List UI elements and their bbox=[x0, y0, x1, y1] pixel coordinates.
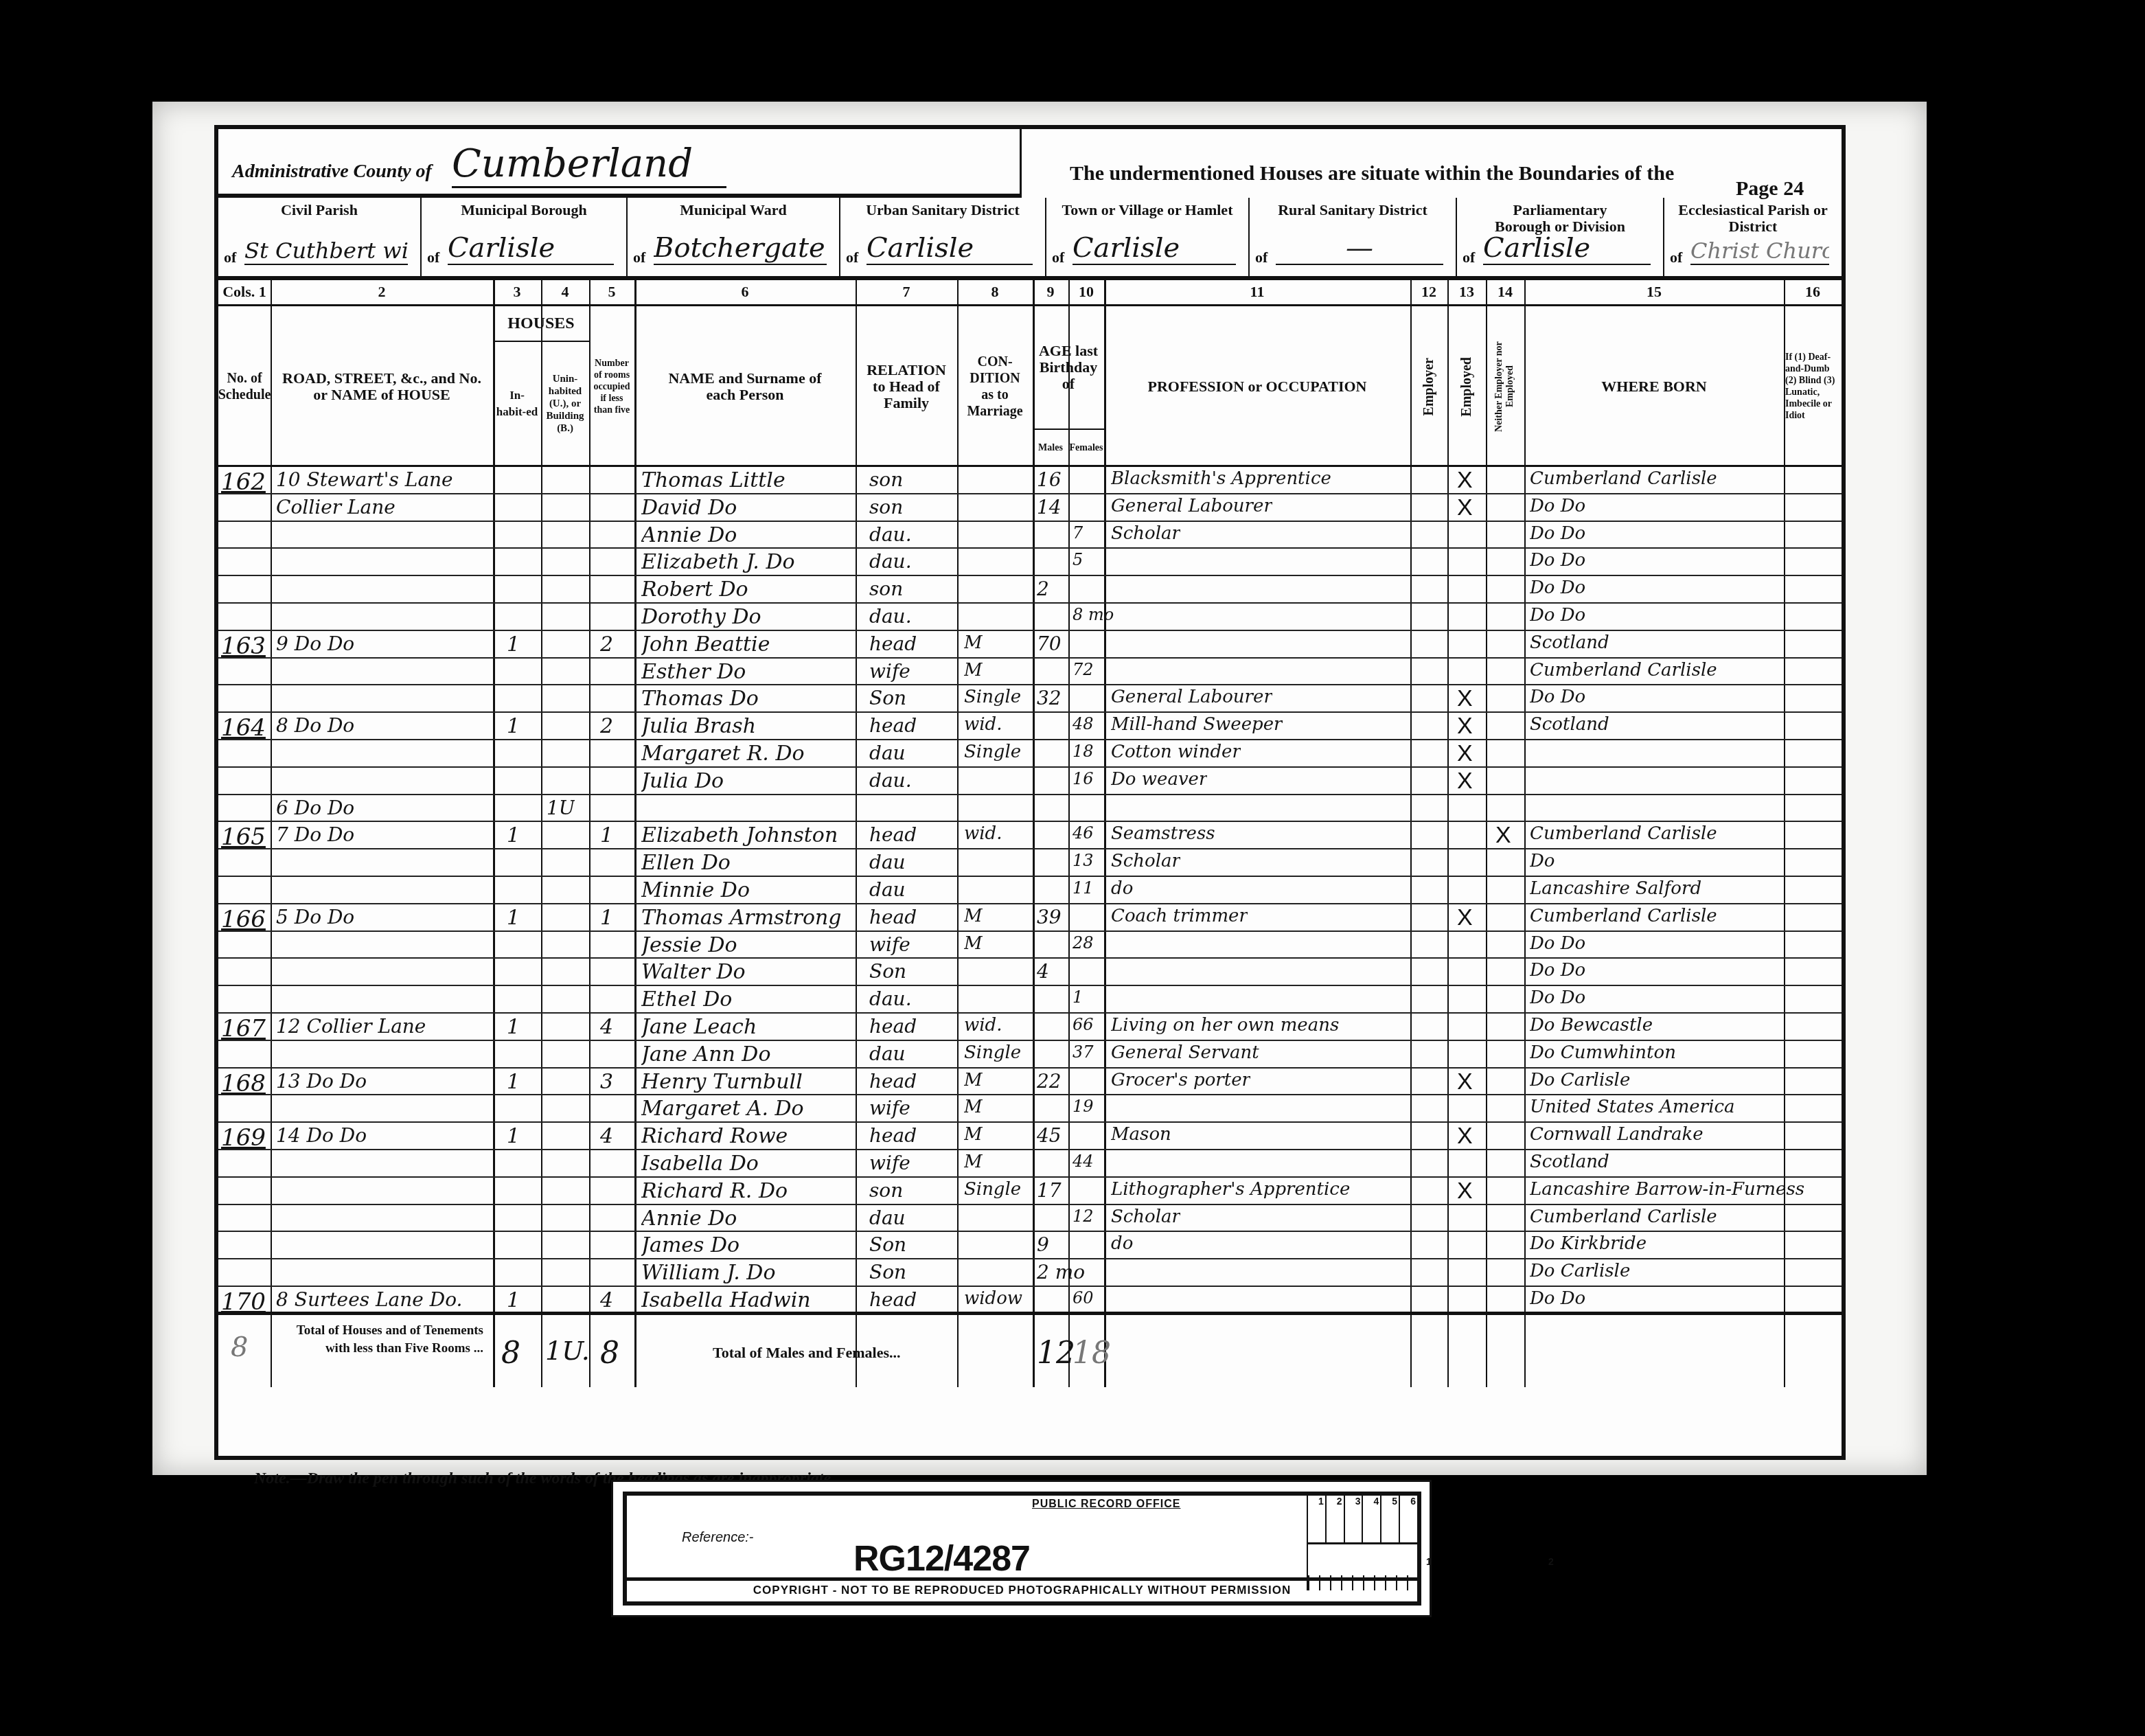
employed-mark: X bbox=[1457, 768, 1473, 795]
person-name: David Do bbox=[641, 496, 737, 520]
header-schedule: No. of Schedule bbox=[218, 306, 271, 467]
birthplace: Do Do bbox=[1530, 523, 1585, 544]
employed-mark: X bbox=[1457, 740, 1473, 767]
table-row: Dorothy Dodau.8 moDo Do bbox=[218, 604, 1842, 631]
birthplace: Do Bewcastle bbox=[1530, 1015, 1653, 1036]
relation: Son bbox=[869, 687, 906, 709]
person-name: Elizabeth J. Do bbox=[641, 550, 795, 574]
reference-number: RG12/4287 bbox=[853, 1538, 1030, 1579]
occupation: Lithographer's Apprentice bbox=[1111, 1179, 1350, 1200]
scale-ruler: 1 2 3 4 5 6 1 2 bbox=[1307, 1496, 1417, 1590]
relation: head bbox=[869, 1288, 917, 1311]
condition: M bbox=[964, 1152, 983, 1172]
employed-mark: X bbox=[1457, 685, 1473, 712]
area-civil-parish: Civil Parish of St Cuthbert without bbox=[218, 198, 422, 276]
condition: M bbox=[964, 632, 983, 653]
ruler-top-scale: 1 2 3 4 5 6 bbox=[1308, 1496, 1417, 1544]
col-number: 16 bbox=[1784, 283, 1842, 301]
age-female: 11 bbox=[1072, 878, 1094, 898]
occupation: Mill-hand Sweeper bbox=[1111, 714, 1283, 735]
ruler-tick-label: 4 bbox=[1363, 1496, 1381, 1542]
schedule-number: 166 bbox=[221, 906, 266, 933]
relation: dau. bbox=[869, 550, 912, 573]
area-value: Botchergate bbox=[654, 232, 827, 265]
table-row: Thomas DoSonSingle32General LabourerXDo … bbox=[218, 685, 1842, 713]
occupation: General Labourer bbox=[1111, 687, 1272, 707]
ruler-tick-label: 1 bbox=[1308, 1496, 1327, 1542]
person-name: Jessie Do bbox=[641, 933, 737, 957]
inhabited-count: 1 bbox=[507, 714, 520, 738]
col-number: 2 bbox=[271, 283, 493, 301]
occupation: General Labourer bbox=[1111, 496, 1272, 516]
rooms-count: 2 bbox=[600, 632, 613, 656]
birthplace: Lancashire Barrow-in-Furness bbox=[1530, 1179, 1804, 1200]
table-row: 16712 Collier Lane14Jane Leachheadwid.66… bbox=[218, 1014, 1842, 1041]
total-females: 18 bbox=[1072, 1336, 1111, 1371]
houses-total-label: Total of Houses and of Tenements with le… bbox=[284, 1322, 483, 1358]
birthplace: Cumberland Carlisle bbox=[1530, 468, 1717, 489]
rooms-count: 3 bbox=[600, 1070, 613, 1094]
birthplace: Scotland bbox=[1530, 632, 1609, 653]
rooms-count: 2 bbox=[600, 714, 613, 738]
header-employed: Employed bbox=[1447, 306, 1486, 467]
col-number: 3 bbox=[493, 283, 541, 301]
birthplace: Do Cumwhinton bbox=[1530, 1042, 1676, 1063]
table-row: 16813 Do Do13Henry TurnbullheadM22Grocer… bbox=[218, 1069, 1842, 1096]
condition: M bbox=[964, 1124, 983, 1145]
birthplace: Do bbox=[1530, 851, 1555, 871]
header-road: ROAD, STREET, &c., and No. or NAME of HO… bbox=[271, 306, 493, 467]
total-inhabited: 8 bbox=[501, 1336, 520, 1371]
header-where-born: WHERE BORN bbox=[1524, 306, 1784, 467]
area-rural-sanitary-district: Rural Sanitary District of — bbox=[1250, 198, 1457, 276]
relation: wife bbox=[869, 660, 910, 683]
occupation: Cotton winder bbox=[1111, 742, 1241, 762]
age-female: 7 bbox=[1072, 523, 1083, 542]
area-value: St Cuthbert without bbox=[244, 238, 408, 265]
area-value: Carlisle bbox=[867, 232, 1033, 265]
area-town-village-hamlet: Town or Village or Hamlet of Carlisle bbox=[1046, 198, 1250, 276]
relation: head bbox=[869, 906, 917, 928]
table-row: Annie Dodau.7ScholarDo Do bbox=[218, 522, 1842, 549]
col-number: 5 bbox=[589, 283, 634, 301]
table-row: 6 Do Do1U bbox=[218, 795, 1842, 823]
condition: Single bbox=[964, 1179, 1021, 1200]
relation: Son bbox=[869, 960, 906, 983]
total-rooms: 8 bbox=[600, 1336, 619, 1371]
reference-slip: PUBLIC RECORD OFFICE Reference:- RG12/42… bbox=[611, 1480, 1432, 1617]
birthplace: Do Do bbox=[1530, 987, 1585, 1008]
person-name: Henry Turnbull bbox=[641, 1070, 803, 1094]
uninhabited-mark: 1U bbox=[547, 797, 575, 819]
birthplace: Do Do bbox=[1530, 933, 1585, 954]
header-employed-text: Employed bbox=[1458, 357, 1475, 417]
birthplace: Do Carlisle bbox=[1530, 1070, 1630, 1090]
relation: son bbox=[869, 496, 903, 518]
person-name: Thomas Do bbox=[641, 687, 759, 711]
header-neither: Neither Employer nor Employed bbox=[1486, 306, 1524, 467]
age-female: 16 bbox=[1072, 769, 1094, 788]
person-name: Richard R. Do bbox=[641, 1179, 788, 1203]
age-female: 28 bbox=[1072, 933, 1094, 952]
birthplace: Cumberland Carlisle bbox=[1530, 906, 1717, 926]
condition: Single bbox=[964, 1042, 1021, 1063]
relation: dau. bbox=[869, 523, 912, 546]
area-label: Ecclesiastical Parish or District bbox=[1664, 202, 1842, 235]
person-name: William J. Do bbox=[641, 1261, 775, 1285]
relation: head bbox=[869, 1070, 917, 1093]
col-number: 12 bbox=[1410, 283, 1447, 301]
header-uninhabited: Unin-habited (U.), or Building (B.) bbox=[541, 341, 589, 467]
relation: head bbox=[869, 714, 917, 737]
totals-row: 8 Total of Houses and of Tenements with … bbox=[218, 1312, 1842, 1391]
birthplace: Do Do bbox=[1530, 578, 1585, 598]
inhabited-count: 1 bbox=[507, 1070, 520, 1094]
age-male: 17 bbox=[1037, 1179, 1062, 1202]
inhabited-count: 1 bbox=[507, 823, 520, 847]
birthplace: Lancashire Salford bbox=[1530, 878, 1701, 899]
col-number: 6 bbox=[634, 283, 856, 301]
col-number: 4 bbox=[541, 283, 589, 301]
inhabited-count: 1 bbox=[507, 632, 520, 656]
person-name: Isabella Hadwin bbox=[641, 1288, 811, 1312]
header-condition: CON-DITION as to Marriage bbox=[957, 306, 1033, 467]
birthplace: Do Do bbox=[1530, 550, 1585, 571]
relation: wife bbox=[869, 1097, 910, 1119]
address: 13 Do Do bbox=[276, 1070, 367, 1093]
header-females: Females bbox=[1068, 430, 1104, 467]
col-number: 7 bbox=[856, 283, 957, 301]
public-record-office-label: PUBLIC RECORD OFFICE bbox=[1032, 1498, 1180, 1511]
col-number: 14 bbox=[1486, 283, 1524, 301]
relation: son bbox=[869, 1179, 903, 1202]
header-occupation: PROFESSION or OCCUPATION bbox=[1104, 306, 1410, 467]
occupation: Coach trimmer bbox=[1111, 906, 1248, 926]
age-male: 32 bbox=[1037, 687, 1062, 709]
condition: M bbox=[964, 660, 983, 681]
margin-house-count: 8 bbox=[231, 1332, 248, 1363]
condition: M bbox=[964, 906, 983, 926]
table-row: Walter DoSon4Do Do bbox=[218, 959, 1842, 986]
employed-mark: X bbox=[1457, 904, 1473, 931]
area-label: Civil Parish bbox=[218, 202, 420, 218]
header-males: Males bbox=[1033, 430, 1068, 467]
address: 14 Do Do bbox=[276, 1124, 367, 1147]
table-row: Jessie DowifeM28Do Do bbox=[218, 932, 1842, 959]
age-female: 44 bbox=[1072, 1152, 1094, 1171]
person-name: Jane Leach bbox=[641, 1015, 757, 1039]
area-label: Parliamentary Borough or Division bbox=[1457, 202, 1663, 235]
age-female: 18 bbox=[1072, 742, 1094, 761]
person-name: Walter Do bbox=[641, 960, 746, 984]
age-male: 2 bbox=[1037, 578, 1049, 600]
age-female: 37 bbox=[1072, 1042, 1094, 1062]
neither-mark: X bbox=[1495, 822, 1511, 849]
header-rooms: Number of rooms occupied if less than fi… bbox=[589, 306, 634, 467]
col-number: 13 bbox=[1447, 283, 1486, 301]
table-row: Elizabeth J. Dodau.5Do Do bbox=[218, 549, 1842, 576]
relation: dau bbox=[869, 742, 906, 764]
occupation: General Servant bbox=[1111, 1042, 1259, 1063]
area-ecclesiastical-parish: Ecclesiastical Parish or District of Chr… bbox=[1664, 198, 1842, 276]
header-inhabited: In-habit-ed bbox=[493, 341, 541, 467]
header-employer: Employer bbox=[1410, 306, 1447, 467]
birthplace: Do Do bbox=[1530, 1288, 1585, 1309]
person-name: Margaret R. Do bbox=[641, 742, 805, 766]
person-name: Julia Do bbox=[641, 769, 724, 793]
condition: wid. bbox=[964, 714, 1002, 735]
col-number: 10 bbox=[1068, 283, 1104, 301]
inhabited-count: 1 bbox=[507, 1124, 520, 1148]
age-female: 46 bbox=[1072, 823, 1094, 843]
area-municipal-borough: Municipal Borough of Carlisle bbox=[422, 198, 628, 276]
birthplace: United States America bbox=[1530, 1097, 1735, 1117]
schedule-number: 169 bbox=[221, 1124, 266, 1152]
copyright-notice: COPYRIGHT - NOT TO BE REPRODUCED PHOTOGR… bbox=[627, 1577, 1417, 1601]
birthplace: Scotland bbox=[1530, 1152, 1609, 1172]
area-value: — bbox=[1276, 232, 1443, 265]
age-male: 16 bbox=[1037, 468, 1062, 491]
header-name: NAME and Surname of each Person bbox=[634, 306, 856, 467]
ruler-tick-label: 2 bbox=[1548, 1556, 1554, 1567]
ruler-tick-label: 1 bbox=[1426, 1556, 1432, 1567]
birthplace: Do Do bbox=[1530, 496, 1585, 516]
birthplace: Cumberland Carlisle bbox=[1530, 823, 1717, 844]
birthplace: Do Do bbox=[1530, 687, 1585, 707]
occupation: Grocer's porter bbox=[1111, 1070, 1250, 1090]
inhabited-count: 1 bbox=[507, 1288, 520, 1312]
relation: son bbox=[869, 468, 903, 491]
condition: widow bbox=[964, 1288, 1022, 1309]
occupation: Scholar bbox=[1111, 523, 1180, 544]
header-infirmity: If (1) Deaf-and-Dumb (2) Blind (3) Lunat… bbox=[1784, 306, 1842, 467]
col-number: 8 bbox=[957, 283, 1033, 301]
age-male: 22 bbox=[1037, 1070, 1062, 1093]
person-name: Dorothy Do bbox=[641, 605, 761, 629]
relation: son bbox=[869, 578, 903, 600]
table-row: Julia Dodau.16Do weaverX bbox=[218, 768, 1842, 795]
persons-total-label: Total of Males and Females... bbox=[713, 1344, 901, 1362]
area-value: Carlisle bbox=[1483, 232, 1651, 265]
rooms-count: 4 bbox=[600, 1288, 613, 1312]
census-form: Administrative County of Cumberland The … bbox=[214, 125, 1846, 1460]
table-row: Ethel Dodau.1Do Do bbox=[218, 986, 1842, 1014]
table-row: 1708 Surtees Lane Do.14Isabella Hadwinhe… bbox=[218, 1287, 1842, 1314]
age-male: 9 bbox=[1037, 1233, 1049, 1256]
age-female: 72 bbox=[1072, 660, 1094, 679]
relation: Son bbox=[869, 1261, 906, 1283]
area-label: Urban Sanitary District bbox=[840, 202, 1045, 218]
table-row: William J. DoSon2 moDo Carlisle bbox=[218, 1259, 1842, 1287]
area-value: Christ Church bbox=[1690, 238, 1829, 265]
column-headers-row: No. of Schedule ROAD, STREET, &c., and N… bbox=[218, 306, 1842, 467]
person-name: Ethel Do bbox=[641, 987, 732, 1012]
employed-mark: X bbox=[1457, 467, 1473, 494]
address: 10 Stewart's Lane bbox=[276, 468, 453, 491]
relation: dau. bbox=[869, 987, 912, 1010]
condition: M bbox=[964, 1070, 983, 1090]
relation: wife bbox=[869, 933, 910, 956]
page-number: Page 24 bbox=[1736, 177, 1804, 201]
age-male: 4 bbox=[1037, 960, 1049, 983]
area-of: of bbox=[224, 249, 236, 266]
person-name: Minnie Do bbox=[641, 878, 750, 902]
relation: dau bbox=[869, 878, 906, 901]
admin-county-box: Administrative County of Cumberland bbox=[218, 129, 1022, 198]
condition: wid. bbox=[964, 823, 1002, 844]
address: 12 Collier Lane bbox=[276, 1015, 426, 1038]
birthplace: Do Carlisle bbox=[1530, 1261, 1630, 1281]
person-name: Julia Brash bbox=[641, 714, 756, 738]
occupation: Do weaver bbox=[1111, 769, 1207, 790]
occupation: Seamstress bbox=[1111, 823, 1215, 844]
area-urban-sanitary-district: Urban Sanitary District of Carlisle bbox=[840, 198, 1046, 276]
table-row: Richard R. DosonSingle17Lithographer's A… bbox=[218, 1178, 1842, 1205]
relation: dau. bbox=[869, 605, 912, 628]
inhabited-count: 1 bbox=[507, 906, 520, 930]
area-of: of bbox=[1052, 249, 1064, 266]
person-name: Esther Do bbox=[641, 660, 746, 684]
table-row: Jane Ann DodauSingle37General ServantDo … bbox=[218, 1041, 1842, 1069]
area-value: Carlisle bbox=[448, 232, 614, 265]
rooms-count: 4 bbox=[600, 1015, 613, 1039]
header-relation: RELATION to Head of Family bbox=[856, 306, 957, 467]
table-row: Robert Doson2Do Do bbox=[218, 576, 1842, 604]
table-row: 16914 Do Do14Richard RoweheadM45MasonXCo… bbox=[218, 1123, 1842, 1150]
col-number: 15 bbox=[1524, 283, 1784, 301]
occupation: Scholar bbox=[1111, 851, 1180, 871]
birthplace: Do Kirkbride bbox=[1530, 1233, 1647, 1254]
table-row: 16210 Stewart's LaneThomas Littleson16Bl… bbox=[218, 467, 1842, 494]
area-of: of bbox=[1670, 249, 1682, 266]
table-row: James DoSon9doDo Kirkbride bbox=[218, 1232, 1842, 1259]
age-female: 48 bbox=[1072, 714, 1094, 733]
age-female: 8 mo bbox=[1072, 605, 1114, 624]
birthplace: Cornwall Landrake bbox=[1530, 1124, 1704, 1145]
occupation: Blacksmith's Apprentice bbox=[1111, 468, 1331, 489]
relation: dau bbox=[869, 851, 906, 873]
area-label: Municipal Ward bbox=[628, 202, 839, 218]
address: 5 Do Do bbox=[276, 906, 354, 928]
schedule-number: 163 bbox=[221, 632, 266, 660]
area-of: of bbox=[633, 249, 645, 266]
age-female: 12 bbox=[1072, 1207, 1094, 1226]
admin-county-label: Administrative County of bbox=[232, 161, 432, 183]
relation: dau bbox=[869, 1042, 906, 1065]
relation: dau. bbox=[869, 769, 912, 792]
admin-county-value: Cumberland bbox=[452, 141, 726, 188]
reference-label: Reference:- bbox=[682, 1530, 754, 1546]
person-name: Richard Rowe bbox=[641, 1124, 788, 1148]
occupation: do bbox=[1111, 1233, 1133, 1254]
area-municipal-ward: Municipal Ward of Botchergate bbox=[628, 198, 840, 276]
rooms-count: 1 bbox=[600, 823, 613, 847]
age-male: 70 bbox=[1037, 632, 1062, 655]
total-males: 12 bbox=[1037, 1336, 1075, 1371]
boundaries-heading: The undermentioned Houses are situate wi… bbox=[1070, 162, 1674, 185]
person-name: James Do bbox=[641, 1233, 739, 1257]
column-numbers-row: Cols. 1 2 3 4 5 6 7 8 9 10 11 12 13 14 1… bbox=[218, 280, 1842, 306]
table-row: Isabella DowifeM44Scotland bbox=[218, 1150, 1842, 1178]
table-row: Ellen Dodau13ScholarDo bbox=[218, 849, 1842, 877]
table-row: Minnie Dodau11doLancashire Salford bbox=[218, 877, 1842, 904]
person-name: Isabella Do bbox=[641, 1152, 759, 1176]
occupation: Scholar bbox=[1111, 1207, 1180, 1227]
person-name: Elizabeth Johnston bbox=[641, 823, 838, 847]
birthplace: Do Do bbox=[1530, 605, 1585, 626]
area-label: Municipal Borough bbox=[422, 202, 626, 218]
area-label: Rural Sanitary District bbox=[1250, 202, 1456, 218]
schedule-number: 168 bbox=[221, 1070, 266, 1097]
relation: head bbox=[869, 1015, 917, 1038]
age-female: 13 bbox=[1072, 851, 1094, 870]
address: 6 Do Do bbox=[276, 797, 354, 819]
reference-slip-border: PUBLIC RECORD OFFICE Reference:- RG12/42… bbox=[623, 1492, 1421, 1606]
header-employer-text: Employer bbox=[1421, 358, 1437, 415]
inhabited-count: 1 bbox=[507, 1015, 520, 1039]
employed-mark: X bbox=[1457, 494, 1473, 521]
schedule-number: 164 bbox=[221, 714, 266, 742]
area-of: of bbox=[846, 249, 858, 266]
address: 8 Surtees Lane Do. bbox=[276, 1288, 462, 1311]
ruler-tick-label: 6 bbox=[1400, 1496, 1417, 1542]
relation: head bbox=[869, 1124, 917, 1147]
address: 9 Do Do bbox=[276, 632, 354, 655]
schedule-number: 165 bbox=[221, 823, 266, 851]
table-row: 1665 Do Do11Thomas ArmstrongheadM39Coach… bbox=[218, 904, 1842, 932]
area-label: Town or Village or Hamlet bbox=[1046, 202, 1248, 218]
relation: dau bbox=[869, 1207, 906, 1229]
condition: M bbox=[964, 933, 983, 954]
table-row: Annie Dodau12ScholarCumberland Carlisle bbox=[218, 1205, 1842, 1233]
col-number: 9 bbox=[1033, 283, 1068, 301]
age-male: 14 bbox=[1037, 496, 1062, 518]
table-row: Collier LaneDavid Doson14General Laboure… bbox=[218, 494, 1842, 522]
birthplace: Scotland bbox=[1530, 714, 1609, 735]
address: 8 Do Do bbox=[276, 714, 354, 737]
person-name: Thomas Little bbox=[641, 468, 785, 492]
person-name: John Beattie bbox=[641, 632, 770, 656]
condition: wid. bbox=[964, 1015, 1002, 1036]
age-female: 19 bbox=[1072, 1097, 1094, 1116]
employed-mark: X bbox=[1457, 1178, 1473, 1204]
relation: head bbox=[869, 823, 917, 846]
person-name: Thomas Armstrong bbox=[641, 906, 842, 930]
person-name: Ellen Do bbox=[641, 851, 731, 875]
area-of: of bbox=[1255, 249, 1267, 266]
age-male: 2 mo bbox=[1037, 1261, 1085, 1283]
rooms-count: 4 bbox=[600, 1124, 613, 1148]
area-parliamentary-borough: Parliamentary Borough or Division of Car… bbox=[1457, 198, 1664, 276]
address: Collier Lane bbox=[276, 496, 395, 518]
employed-mark: X bbox=[1457, 713, 1473, 740]
header-neither-text: Neither Employer nor Employed bbox=[1494, 325, 1516, 448]
table-row: Margaret A. DowifeM19United States Ameri… bbox=[218, 1095, 1842, 1123]
occupation: do bbox=[1111, 878, 1133, 899]
ruler-tick-label: 2 bbox=[1327, 1496, 1345, 1542]
age-female: 1 bbox=[1072, 987, 1083, 1007]
schedule-number: 162 bbox=[221, 468, 266, 496]
relation: head bbox=[869, 632, 917, 655]
rooms-count: 1 bbox=[600, 906, 613, 930]
employed-mark: X bbox=[1457, 1069, 1473, 1095]
birthplace: Do Do bbox=[1530, 960, 1585, 981]
table-row: 1648 Do Do12Julia Brashheadwid.48Mill-ha… bbox=[218, 713, 1842, 740]
condition: M bbox=[964, 1097, 983, 1117]
area-value: Carlisle bbox=[1072, 232, 1236, 265]
col-number: 11 bbox=[1104, 283, 1410, 301]
table-row: Margaret R. DodauSingle18Cotton winderX bbox=[218, 740, 1842, 768]
